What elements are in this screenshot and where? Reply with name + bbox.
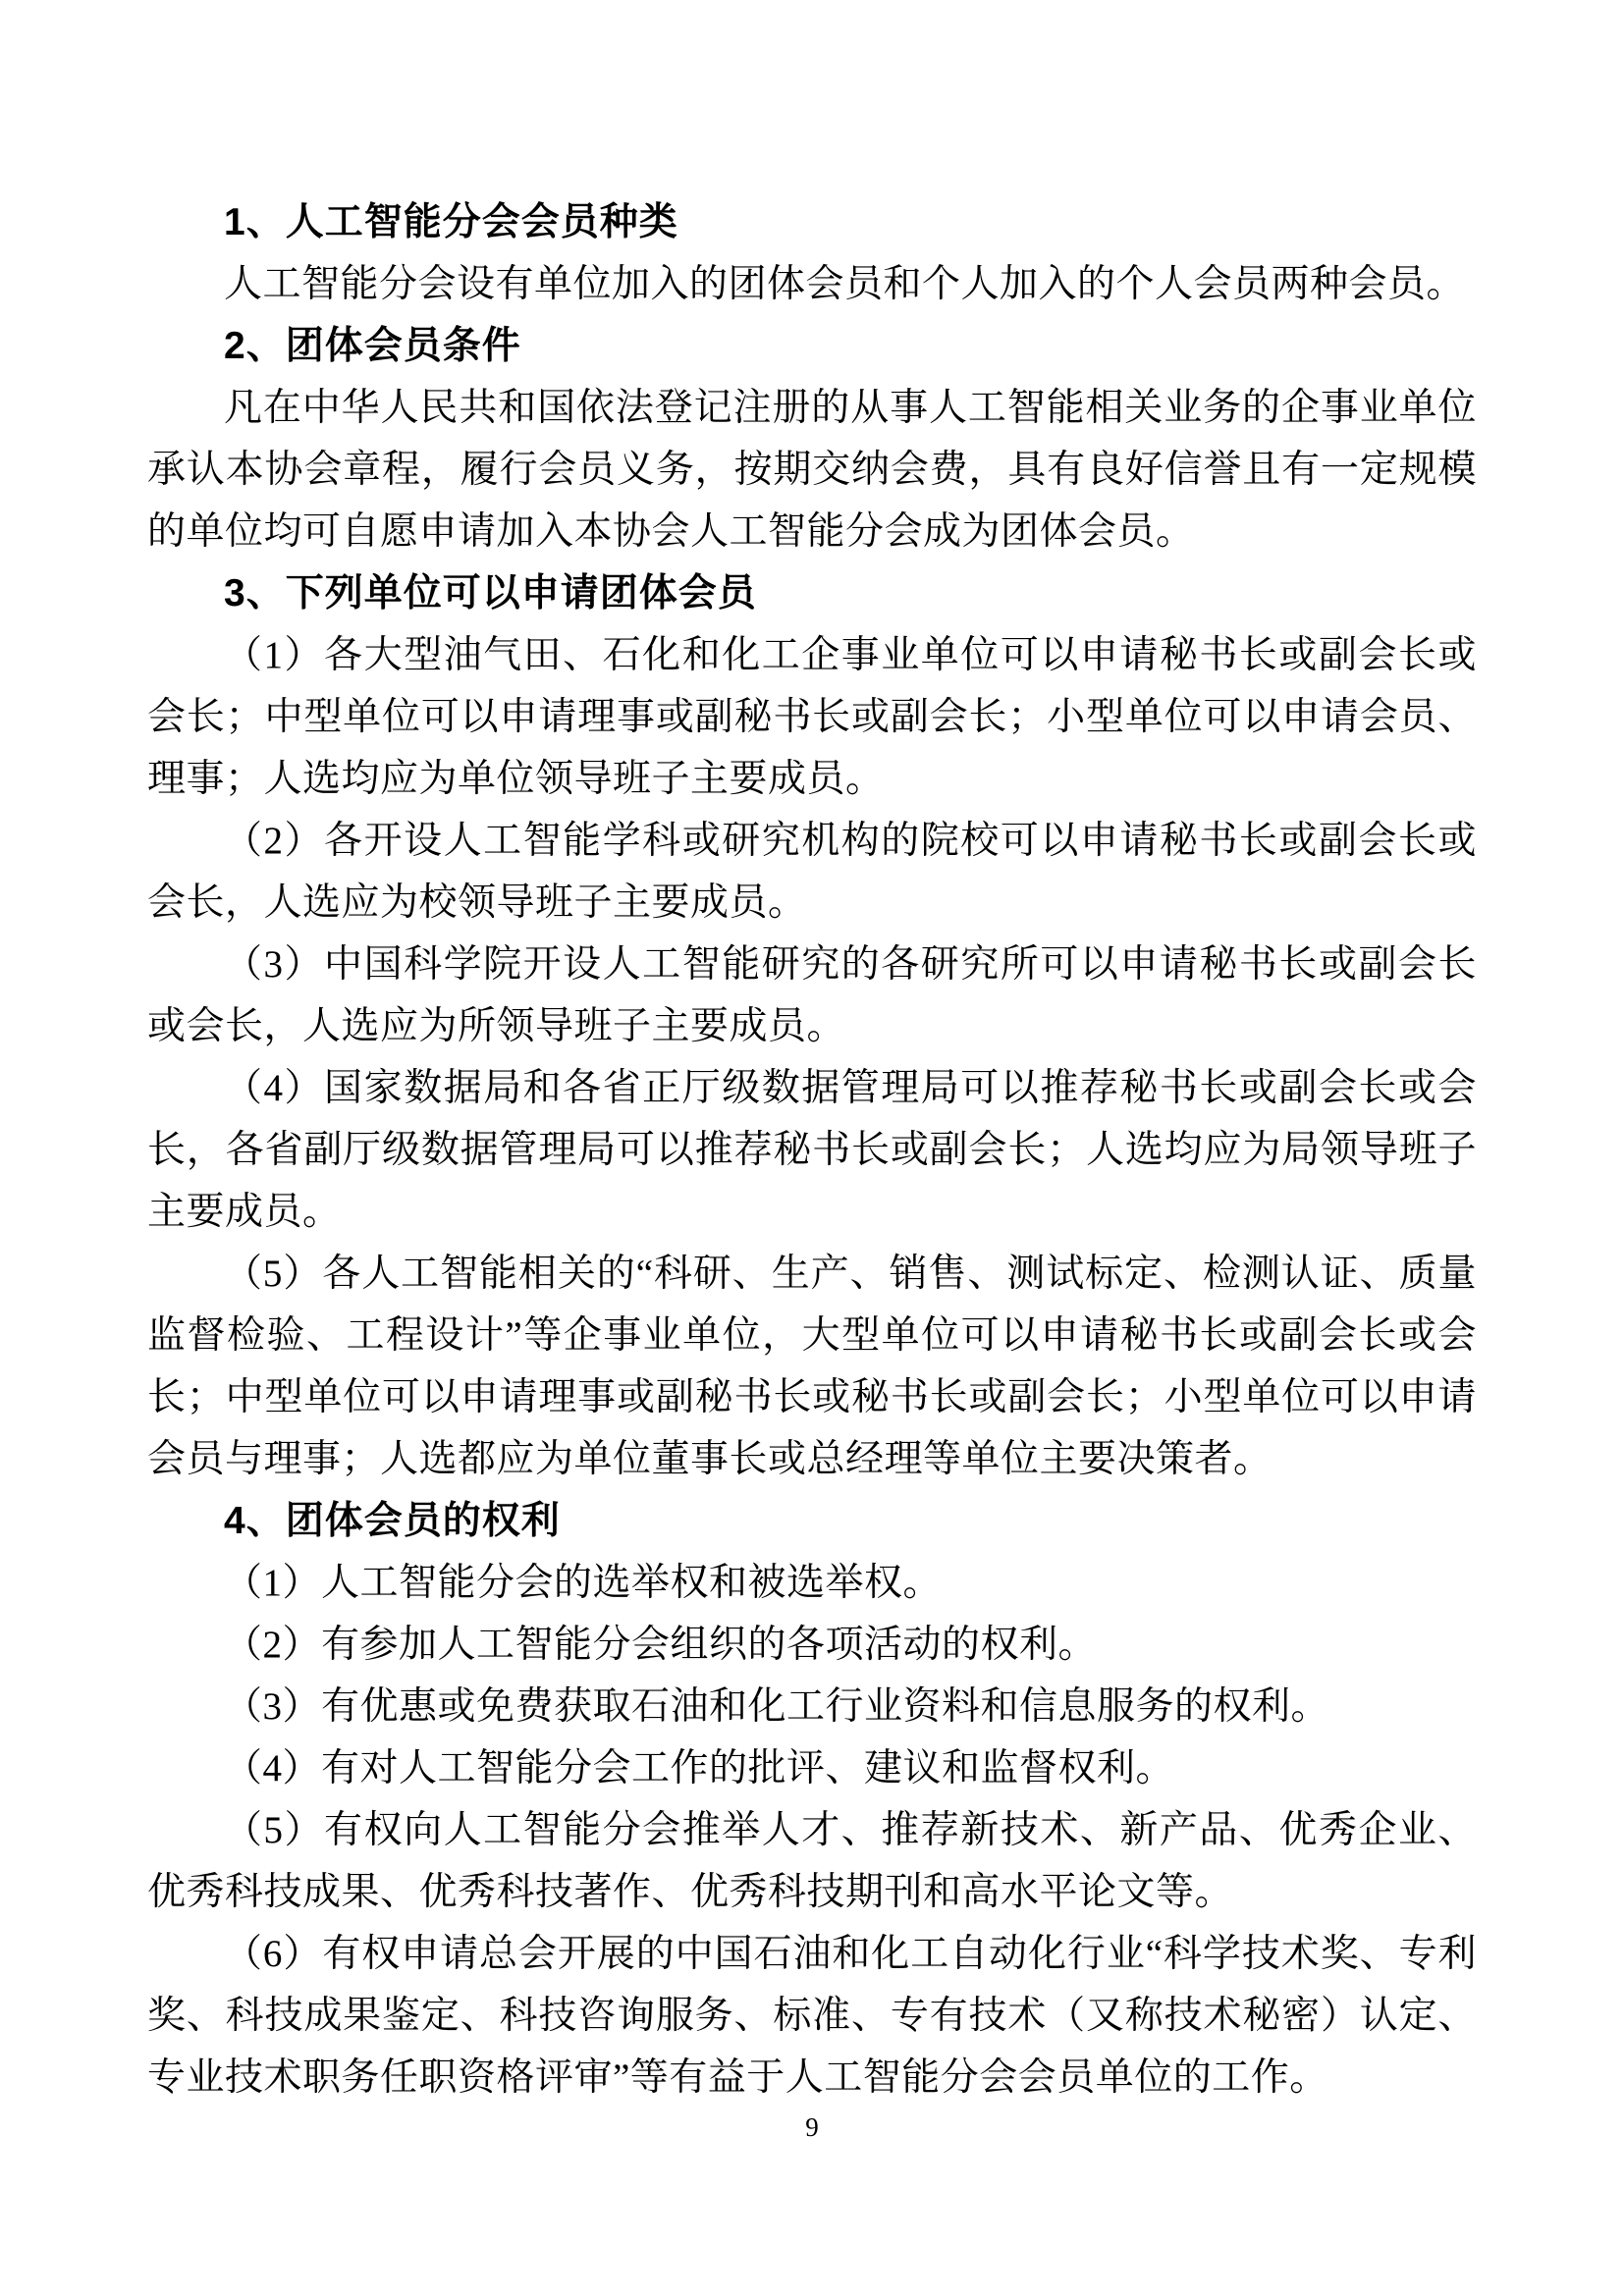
- body-paragraph: （5）有权向人工智能分会推举人才、推荐新技术、新产品、优秀企业、优秀科技成果、优…: [147, 1799, 1477, 1923]
- page-number: 9: [147, 2110, 1477, 2144]
- body-paragraph: （2）有参加人工智能分会组织的各项活动的权利。: [147, 1614, 1477, 1676]
- body-paragraph: （2）各开设人工智能学科或研究机构的院校可以申请秘书长或副会长或会长，人选应为校…: [147, 810, 1477, 934]
- section-heading: 1、人工智能分会会员种类: [147, 191, 1477, 253]
- section-heading: 2、团体会员条件: [147, 315, 1477, 377]
- body-paragraph: （5）各人工智能相关的“科研、生产、销售、测试标定、检测认证、质量监督检验、工程…: [147, 1243, 1477, 1490]
- body-paragraph: 凡在中华人民共和国依法登记注册的从事人工智能相关业务的企事业单位承认本协会章程，…: [147, 377, 1477, 562]
- body-paragraph: （3）中国科学院开设人工智能研究的各研究所可以申请秘书长或副会长或会长，人选应为…: [147, 934, 1477, 1057]
- body-paragraph: （4）国家数据局和各省正厅级数据管理局可以推荐秘书长或副会长或会长，各省副厅级数…: [147, 1057, 1477, 1243]
- body-paragraph: （4）有对人工智能分会工作的批评、建议和监督权利。: [147, 1737, 1477, 1799]
- body-paragraph: （1）人工智能分会的选举权和被选举权。: [147, 1552, 1477, 1614]
- section-heading: 3、下列单位可以申请团体会员: [147, 562, 1477, 624]
- body-paragraph: （1）各大型油气田、石化和化工企事业单位可以申请秘书长或副会长或会长；中型单位可…: [147, 624, 1477, 810]
- body-paragraph: （3）有优惠或免费获取石油和化工行业资料和信息服务的权利。: [147, 1676, 1477, 1737]
- body-paragraph: （6）有权申请总会开展的中国石油和化工自动化行业“科学技术奖、专利奖、科技成果鉴…: [147, 1923, 1477, 2109]
- section-heading: 4、团体会员的权利: [147, 1490, 1477, 1552]
- text-column: 1、人工智能分会会员种类人工智能分会设有单位加入的团体会员和个人加入的个人会员两…: [147, 191, 1477, 2109]
- body-paragraph: 人工智能分会设有单位加入的团体会员和个人加入的个人会员两种会员。: [147, 253, 1477, 315]
- document-page: 1、人工智能分会会员种类人工智能分会设有单位加入的团体会员和个人加入的个人会员两…: [0, 0, 1624, 2296]
